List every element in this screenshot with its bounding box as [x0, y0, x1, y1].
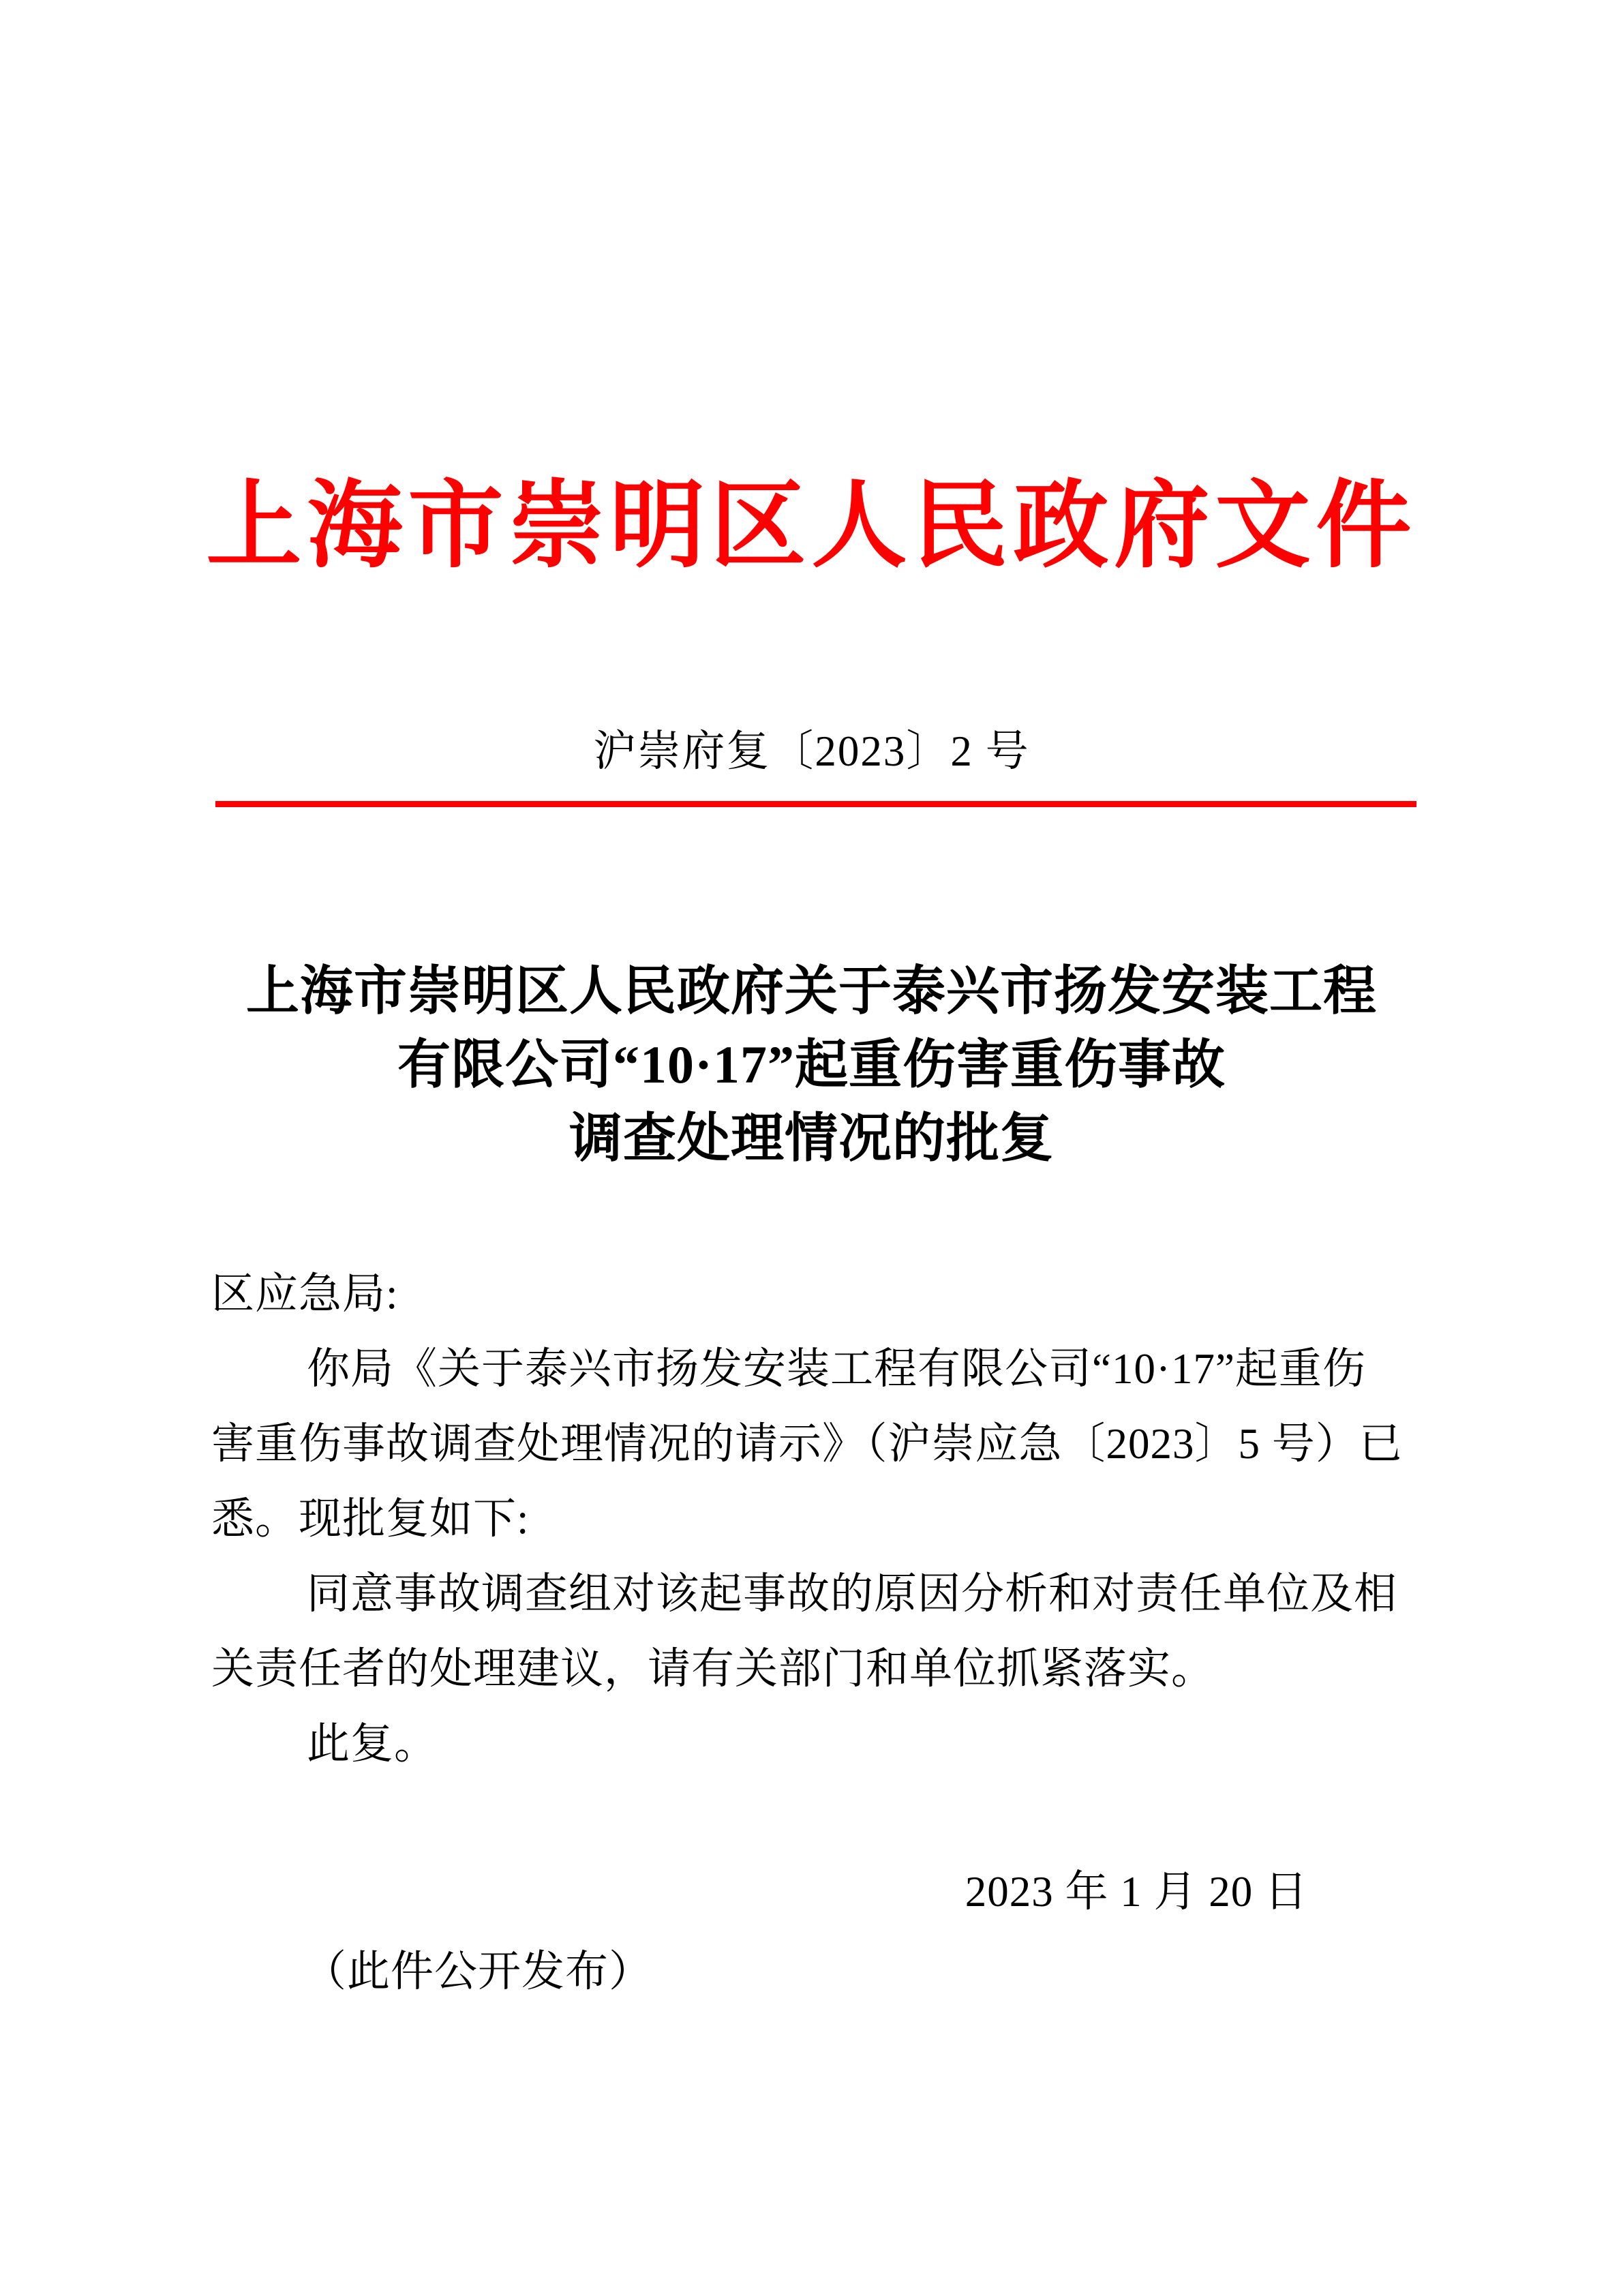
- body-line-closing: 此复。: [211, 1706, 1427, 1781]
- document-title: 上海市崇明区人民政府关于泰兴市扬发安装工程 有限公司“10·17”起重伤害重伤事…: [198, 954, 1425, 1175]
- document-header-title: 上海市崇明区人民政府文件: [0, 476, 1623, 578]
- document-number: 沪崇府复〔2023〕2 号: [0, 724, 1623, 779]
- document-title-line: 上海市崇明区人民政府关于泰兴市扬发安装工程: [198, 954, 1425, 1028]
- body-text: 区应急局: 你局《关于泰兴市扬发安装工程有限公司“10·17”起重伤 害重伤事故…: [211, 1256, 1427, 1781]
- document-page: 上海市崇明区人民政府文件 沪崇府复〔2023〕2 号 上海市崇明区人民政府关于泰…: [0, 0, 1623, 2296]
- body-line: 悉。现批复如下:: [211, 1481, 1427, 1556]
- body-line: 同意事故调查组对该起事故的原因分析和对责任单位及相: [211, 1556, 1427, 1631]
- publish-note: （此件公开发布）: [303, 1944, 652, 1999]
- document-title-line: 调查处理情况的批复: [198, 1102, 1425, 1175]
- body-line: 关责任者的处理建议，请有关部门和单位抓紧落实。: [211, 1631, 1427, 1706]
- signature-date: 2023 年 1 月 20 日: [0, 1864, 1623, 1919]
- body-line: 你局《关于泰兴市扬发安装工程有限公司“10·17”起重伤: [211, 1331, 1427, 1406]
- body-line-salutation: 区应急局:: [211, 1256, 1427, 1331]
- document-title-line: 有限公司“10·17”起重伤害重伤事故: [198, 1028, 1425, 1102]
- body-line: 害重伤事故调查处理情况的请示》（沪崇应急〔2023〕5 号）已: [211, 1406, 1427, 1481]
- red-separator-line: [215, 801, 1416, 807]
